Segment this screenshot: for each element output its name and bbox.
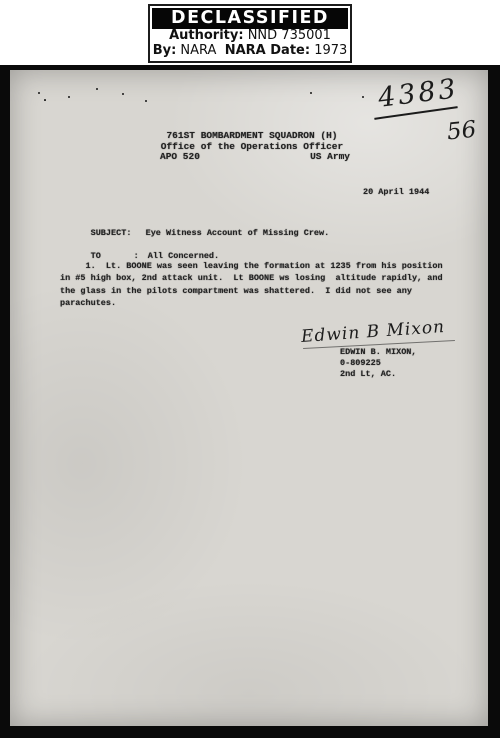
declassified-stamp: DECLASSIFIED Authority: NND 735001 By: N… [148, 4, 352, 63]
scanned-page-background: 4383 56 761ST BOMBARDMENT SQUADRON (H) O… [0, 65, 500, 738]
authority-label: Authority: [169, 28, 243, 43]
document-paper: 4383 56 761ST BOMBARDMENT SQUADRON (H) O… [10, 70, 488, 726]
dust-speckle [68, 96, 70, 98]
subject-label: SUBJECT: [91, 228, 146, 238]
authority-value: NND 735001 [248, 28, 331, 43]
nara-date-label: NARA Date: [225, 43, 310, 58]
signature-name: EDWIN B. MIXON, [340, 347, 417, 358]
dust-speckle [122, 93, 124, 95]
dust-speckle [38, 92, 40, 94]
by-label: By: [153, 43, 177, 58]
signature-serial: 0-809225 [340, 358, 417, 369]
by-value: NARA [180, 43, 216, 58]
dust-speckle [362, 96, 364, 98]
dust-speckle [96, 88, 98, 90]
nara-date-value: 1973 [314, 43, 347, 58]
stamp-authority-line: Authority: NND 735001 [152, 29, 348, 44]
body-line: 1. Lt. BOONE was seen leaving the format… [60, 260, 465, 272]
letterhead-apo: APO 520 [160, 152, 200, 163]
letterhead-army: US Army [310, 152, 350, 163]
stamp-by-line: By: NARA NARA Date: 1973 [152, 44, 348, 59]
body-line: the glass in the pilots compartment was … [60, 285, 465, 297]
letterhead-apo-line: APO 520 US Army [152, 152, 352, 163]
body-line: parachutes. [60, 297, 465, 309]
subject-value: Eye Witness Account of Missing Crew. [146, 228, 330, 238]
handwritten-page-number: 56 [446, 117, 478, 146]
body-line: in #5 high box, 2nd attack unit. Lt BOON… [60, 272, 465, 284]
dust-speckle [310, 92, 312, 94]
signature-block: EDWIN B. MIXON, 0-809225 2nd Lt, AC. [340, 347, 417, 380]
declassified-title: DECLASSIFIED [152, 8, 348, 29]
letter-date: 20 April 1944 [363, 187, 429, 197]
body-paragraph: 1. Lt. BOONE was seen leaving the format… [60, 260, 465, 309]
letterhead: 761ST BOMBARDMENT SQUADRON (H) Office of… [152, 131, 352, 163]
letterhead-unit: 761ST BOMBARDMENT SQUADRON (H) [152, 131, 352, 142]
dust-speckle [145, 100, 147, 102]
signature-rank: 2nd Lt, AC. [340, 369, 417, 380]
dust-speckle [44, 99, 46, 101]
